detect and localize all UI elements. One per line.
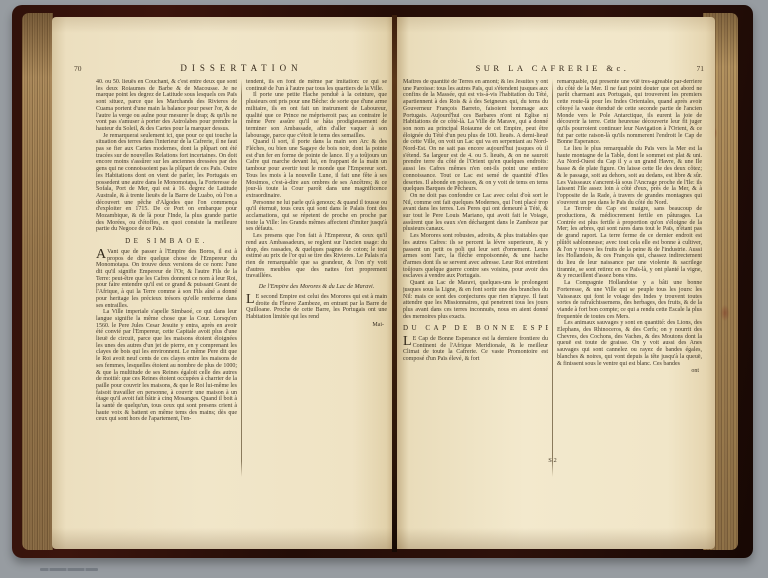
- right-page: SUR LA CAFRERIE &c. 71 Maîtres de quanti…: [397, 17, 715, 549]
- section-heading: DU CAP DE BONNE ESPERANCE.: [403, 325, 548, 332]
- column: tendent, ils en font de même par imitati…: [246, 79, 387, 477]
- drop-cap: L: [403, 336, 413, 347]
- left-page-text-block: 70 DISSERTATION 40. ou 50. lieuës en Cou…: [96, 63, 387, 549]
- paragraph: Je remarquerai seulement ici, que pour c…: [96, 133, 237, 234]
- paragraph: Les Morores sont robustes, adroits, & pl…: [403, 233, 548, 280]
- column: Maîtres de quantité de Terres en amont; …: [403, 79, 548, 477]
- paragraph: Maîtres de quantité de Terres en amont; …: [403, 79, 548, 193]
- paragraph: Le Terroir du Cap est maigre, sans beauc…: [557, 206, 702, 280]
- paragraph: Il porte une petite Hache penduë à la ce…: [246, 92, 387, 139]
- column-rule: [552, 79, 553, 477]
- catchword: ont: [557, 368, 702, 375]
- paragraph: La Ville imperiale s'apelle Simbaoé, ce …: [96, 309, 237, 423]
- paragraph: Les animaux sauvages y sont en quantité:…: [557, 320, 702, 367]
- page-number-70: 70: [74, 64, 82, 73]
- paragraph: LE Cap de Bonne Esperance est la dernier…: [403, 336, 548, 363]
- paragraph: Les presens que l'on fait à l'Empereur, …: [246, 233, 387, 280]
- running-head-dissertation: DISSERTATION: [96, 63, 387, 73]
- signature-mark: S 2: [403, 457, 702, 464]
- paragraph: AVant que de passer à l'Empire des Boros…: [96, 249, 237, 309]
- left-page-columns: 40. ou 50. lieuës en Couchant, & c'est e…: [96, 79, 387, 477]
- drop-cap: L: [246, 294, 256, 305]
- column: remarquable, qui presente une vûë tres-a…: [557, 79, 702, 477]
- column: 40. ou 50. lieuës en Couchant, & c'est e…: [96, 79, 237, 477]
- book-gutter: [392, 15, 397, 552]
- paragraph: Personne ne lui parle qu'à genoux; & qua…: [246, 200, 387, 234]
- paragraph: Quand il sort, il porte dans la main son…: [246, 139, 387, 199]
- right-page-text-block: SUR LA CAFRERIE &c. 71 Maîtres de quanti…: [403, 63, 702, 549]
- left-page: 70 DISSERTATION 40. ou 50. lieuës en Cou…: [52, 17, 393, 549]
- italic-heading: De l'Empire des Morores & du Lac de Mara…: [246, 284, 387, 291]
- paragraph: Quant au Lac de Maravi, quelques-uns le …: [403, 280, 548, 320]
- column-rule: [241, 79, 242, 477]
- catchword: Mai-: [246, 322, 387, 329]
- section-heading: DE SIMBAOE.: [96, 238, 237, 245]
- page-number-71: 71: [697, 64, 705, 73]
- right-running-head-row: SUR LA CAFRERIE &c. 71: [403, 63, 702, 76]
- paragraph: Le lieu le plus remarquable du Païs vers…: [557, 146, 702, 206]
- paragraph: LE second Empire est celui des Morores q…: [246, 294, 387, 321]
- paragraph: tendent, ils en font de même par imitati…: [246, 79, 387, 92]
- left-running-head-row: 70 DISSERTATION: [96, 63, 387, 76]
- watermark-line: [40, 568, 98, 571]
- running-head-cafrerie: SUR LA CAFRERIE &c.: [403, 63, 702, 73]
- paragraph: 40. ou 50. lieuës en Couchant, & c'est e…: [96, 79, 237, 133]
- paragraph: remarquable, qui presente une vûë tres-a…: [557, 79, 702, 146]
- paragraph: La Compagnie Hollandoise y a bâti une bo…: [557, 280, 702, 320]
- drop-cap: A: [96, 249, 107, 260]
- paragraph: On ne doit pas confondre ce Lac avec cel…: [403, 193, 548, 233]
- book-cover: 70 DISSERTATION 40. ou 50. lieuës en Cou…: [12, 5, 753, 558]
- right-page-columns: Maîtres de quantité de Terres en amont; …: [403, 79, 702, 477]
- left-fore-edge: [22, 13, 53, 550]
